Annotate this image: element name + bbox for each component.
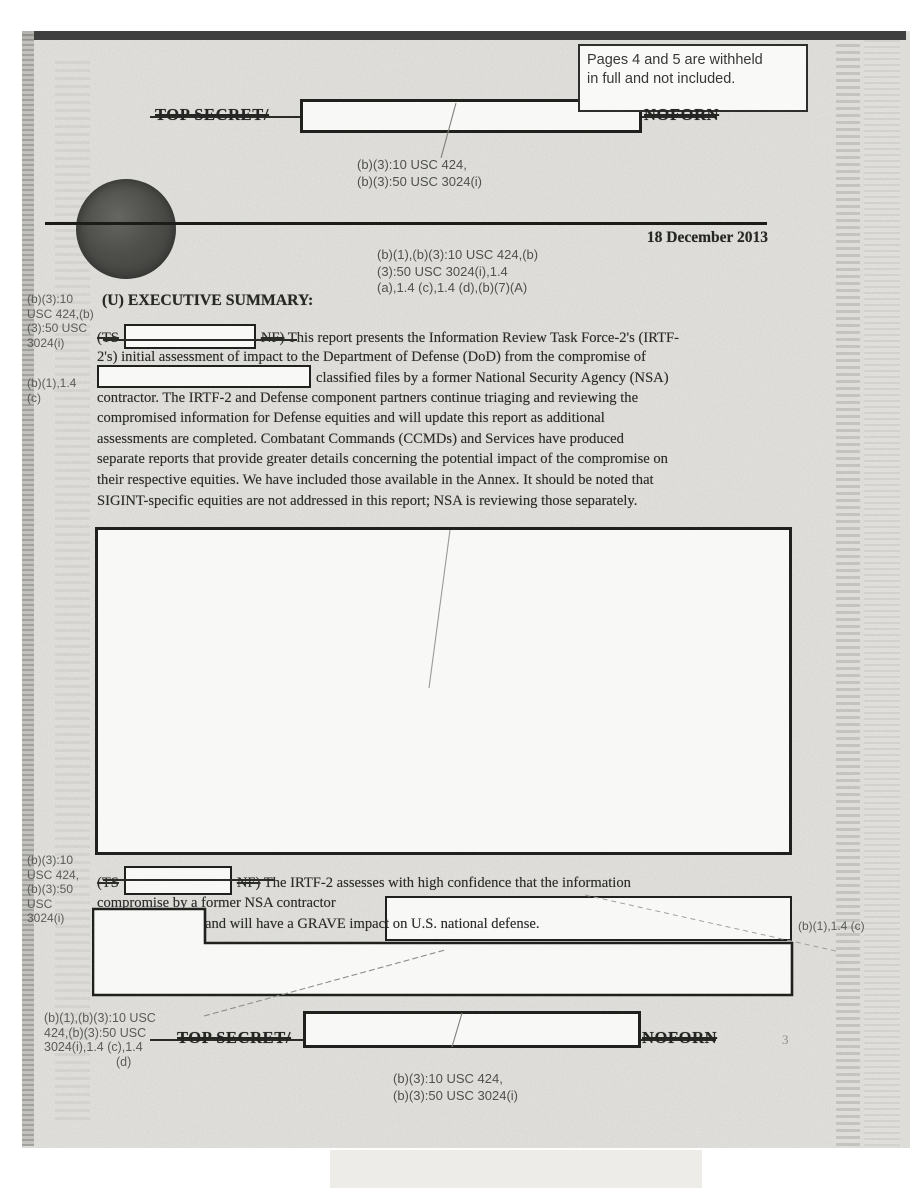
scan-left-edge-strip: [22, 31, 34, 1146]
page-number: 3: [782, 1032, 789, 1048]
para2-classification-close: NF): [237, 875, 261, 891]
scan-top-edge-bar: [22, 31, 906, 40]
margin-note-b1: (b)(1),1.4 (c): [27, 376, 76, 405]
withheld-pages-note: Pages 4 and 5 are withheld in full and n…: [578, 44, 808, 112]
para2-classification-open: (TS: [97, 875, 119, 891]
scan-bottom-artifact: [330, 1150, 702, 1188]
footer-classification-left: TOP SECRET/: [177, 1028, 291, 1048]
para1-line3: classified files by a former National Se…: [97, 367, 669, 390]
header-classification-right: NOFORN: [644, 105, 719, 125]
para1-inline-redaction-2: [97, 365, 311, 388]
para2-line2: compromise by a former NSA contractor: [97, 893, 336, 913]
para1-classification-open: (TS: [97, 330, 119, 346]
para1-line9: SIGINT-specific equities are not address…: [97, 491, 637, 511]
withheld-pages-note-line2: in full and not included.: [587, 70, 799, 89]
para1-line6: assessments are completed. Combatant Com…: [97, 429, 624, 449]
header-rule-line: [45, 222, 767, 225]
executive-summary-heading: (U) EXECUTIVE SUMMARY:: [102, 292, 313, 310]
scanned-document-page: Pages 4 and 5 are withheld in full and n…: [0, 0, 918, 1188]
margin-note-exec: (b)(3):10 USC 424,(b) (3):50 USC 3024(i): [27, 292, 94, 350]
margin-note-right: (b)(1),1.4 (c): [798, 919, 865, 934]
margin-note-assessment: (b)(3):10 USC 424, (b)(3):50 USC 3024(i): [27, 853, 79, 926]
withheld-pages-note-line1: Pages 4 and 5 are withheld: [587, 51, 799, 70]
margin-note-footer: (b)(1),(b)(3):10 USC 424,(b)(3):50 USC 3…: [44, 1011, 156, 1069]
para2-line3: and will have a GRAVE impact on U.S. nat…: [205, 914, 540, 934]
para1-line4: contractor. The IRTF-2 and Defense compo…: [97, 388, 638, 408]
para1-line5: compromised information for Defense equi…: [97, 408, 605, 428]
agency-seal: [76, 179, 176, 279]
para1-classification-close: NF): [261, 330, 285, 346]
para1-inline-redaction-1: [124, 324, 256, 349]
date-exemption-codes: (b)(1),(b)(3):10 USC 424,(b) (3):50 USC …: [377, 247, 538, 297]
header-exemption-codes: (b)(3):10 USC 424, (b)(3):50 USC 3024(i): [357, 157, 482, 190]
footer-redaction-box: [303, 1011, 641, 1048]
para1-line2: 2's) initial assessment of impact to the…: [97, 347, 646, 367]
para2-classification-strike: [103, 879, 275, 881]
header-classification-left: TOP SECRET/: [155, 105, 269, 125]
para1-line8: their respective equities. We have inclu…: [97, 470, 654, 490]
central-redaction-box: [95, 527, 792, 855]
para1-line7: separate reports that provide greater de…: [97, 449, 668, 469]
document-date: 18 December 2013: [540, 229, 768, 247]
para1-classification-strike: [103, 339, 297, 341]
footer-classification-right: NOFORN: [642, 1028, 717, 1048]
footer-exemption-codes: (b)(3):10 USC 424, (b)(3):50 USC 3024(i): [393, 1071, 518, 1104]
